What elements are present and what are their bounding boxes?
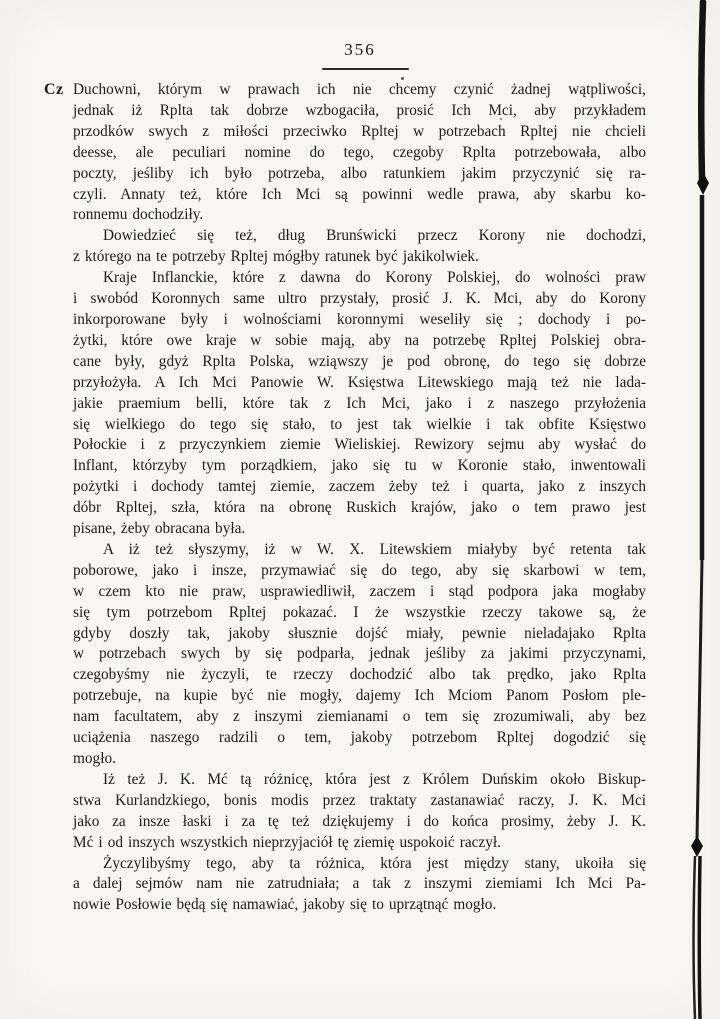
text-line: w czem kto nie praw, usprawiedliwił, zac… (73, 582, 646, 603)
text-line: jako za insze łaski i za tę też dziękuje… (73, 812, 646, 833)
text-line: inkorporowane były i wolnościami koronny… (73, 310, 646, 331)
text-line: Dowiedzieć się też, dług Brunświcki prze… (73, 226, 646, 247)
text-line: stwa Kurlandzkiego, bonis modis przez tr… (73, 791, 646, 812)
text-line: Inflant, którzyby tym porządkiem, jako s… (73, 456, 646, 477)
text-line: mogło. (73, 749, 646, 770)
text-block: Cz Duchowni, którym w prawach ich nie ch… (73, 80, 646, 916)
text-line: i swobód Koronnych same ultro przystały,… (73, 289, 646, 310)
text-line: Iż też J. K. Mć tą różnicę, która jest z… (73, 770, 646, 791)
text-line: Życzylibyśmy tego, aby ta różnica, która… (73, 854, 646, 875)
text-line: A iż też słyszymy, iż w W. X. Litewskiem… (73, 540, 646, 561)
text-line: się tym potrzebom Rpltej pokazać. I że w… (73, 603, 646, 624)
text-line: jednak iż Rplta tak dobrze wzbogaciła, p… (73, 101, 646, 122)
text-line: poczty, jeśliby ich było potrzeba, albo … (73, 164, 646, 185)
text-line: pisane, żeby obracana była. (73, 519, 646, 540)
text-line: w potrzebach swych by się podparła, jedn… (73, 644, 646, 665)
paragraph: Kraje Inflanckie, które z dawna do Koron… (73, 268, 646, 540)
text-line: cane były, gdyż Rplta Polska, wziąwszy j… (73, 352, 646, 373)
text-line: czegobyśmy nie życzyli, te rzeczy dochod… (73, 665, 646, 686)
scanned-book-page: 356 Cz Duchowni, którym w prawach ich ni… (0, 0, 720, 1019)
text-line: Duchowni, którym w prawach ich nie chcem… (73, 80, 646, 101)
text-line: poborowe, jako i insze, przymawiać się d… (73, 561, 646, 582)
text-line: uciążenia naszego radzili o tem, jakoby … (73, 728, 646, 749)
text-line: gdyby doszły tak, jakoby słusznie dojść … (73, 624, 646, 645)
text-line: Kraje Inflanckie, które z dawna do Koron… (73, 268, 646, 289)
text-line: potrzebuje, na kupie być nie mogły, daje… (73, 686, 646, 707)
text-line: Mć i od inszych wszystkich nieprzyjaciół… (73, 833, 646, 854)
paragraph: Iż też J. K. Mć tą różnicę, która jest z… (73, 770, 646, 854)
text-line: Połockie i z przyczynkiem ziemie Wielisk… (73, 435, 646, 456)
text-line: przyłożyła. A Ich Mci Panowie W. Księstw… (73, 373, 646, 394)
text-line: z którego na te potrzeby Rpltej mógłby r… (73, 247, 646, 268)
paragraph: Życzylibyśmy tego, aby ta różnica, która… (73, 854, 646, 917)
margin-label: Cz (44, 80, 64, 101)
text-line: deesse, ale peculiari nomine do tego, cz… (73, 143, 646, 164)
text-line: nowie Posłowie będą się namawiać, jakoby… (73, 895, 646, 916)
page-header: 356 (0, 40, 720, 60)
text-line: nam facultatem, aby z inszymi ziemianami… (73, 707, 646, 728)
text-line: się wielkiego do tego się stało, to jest… (73, 415, 646, 436)
paragraph: Duchowni, którym w prawach ich nie chcem… (73, 80, 646, 226)
text-line: czyli. Annaty też, które Ich Mci są powi… (73, 185, 646, 206)
page-number-rule (322, 68, 409, 70)
text-line: jakie praemium belli, które tak z Ich Mc… (73, 394, 646, 415)
text-line: pożytki i dochody tamtej ziemie, zaczem … (73, 477, 646, 498)
paragraph: Dowiedzieć się też, dług Brunświcki prze… (73, 226, 646, 268)
text-line: dóbr Rpltej, szła, która na obronę Ruski… (73, 498, 646, 519)
text-line: żytki, które owe kraje w sobie mają, aby… (73, 331, 646, 352)
text-line: a dalej sejmów nam nie zatrudniała; a ta… (73, 874, 646, 895)
text-line: ronnemu dochodziły. (73, 205, 646, 226)
text-line: przodków swych z miłości przeciwko Rplte… (73, 122, 646, 143)
page-number: 356 (344, 40, 376, 60)
paragraph: A iż też słyszymy, iż w W. X. Litewskiem… (73, 540, 646, 770)
